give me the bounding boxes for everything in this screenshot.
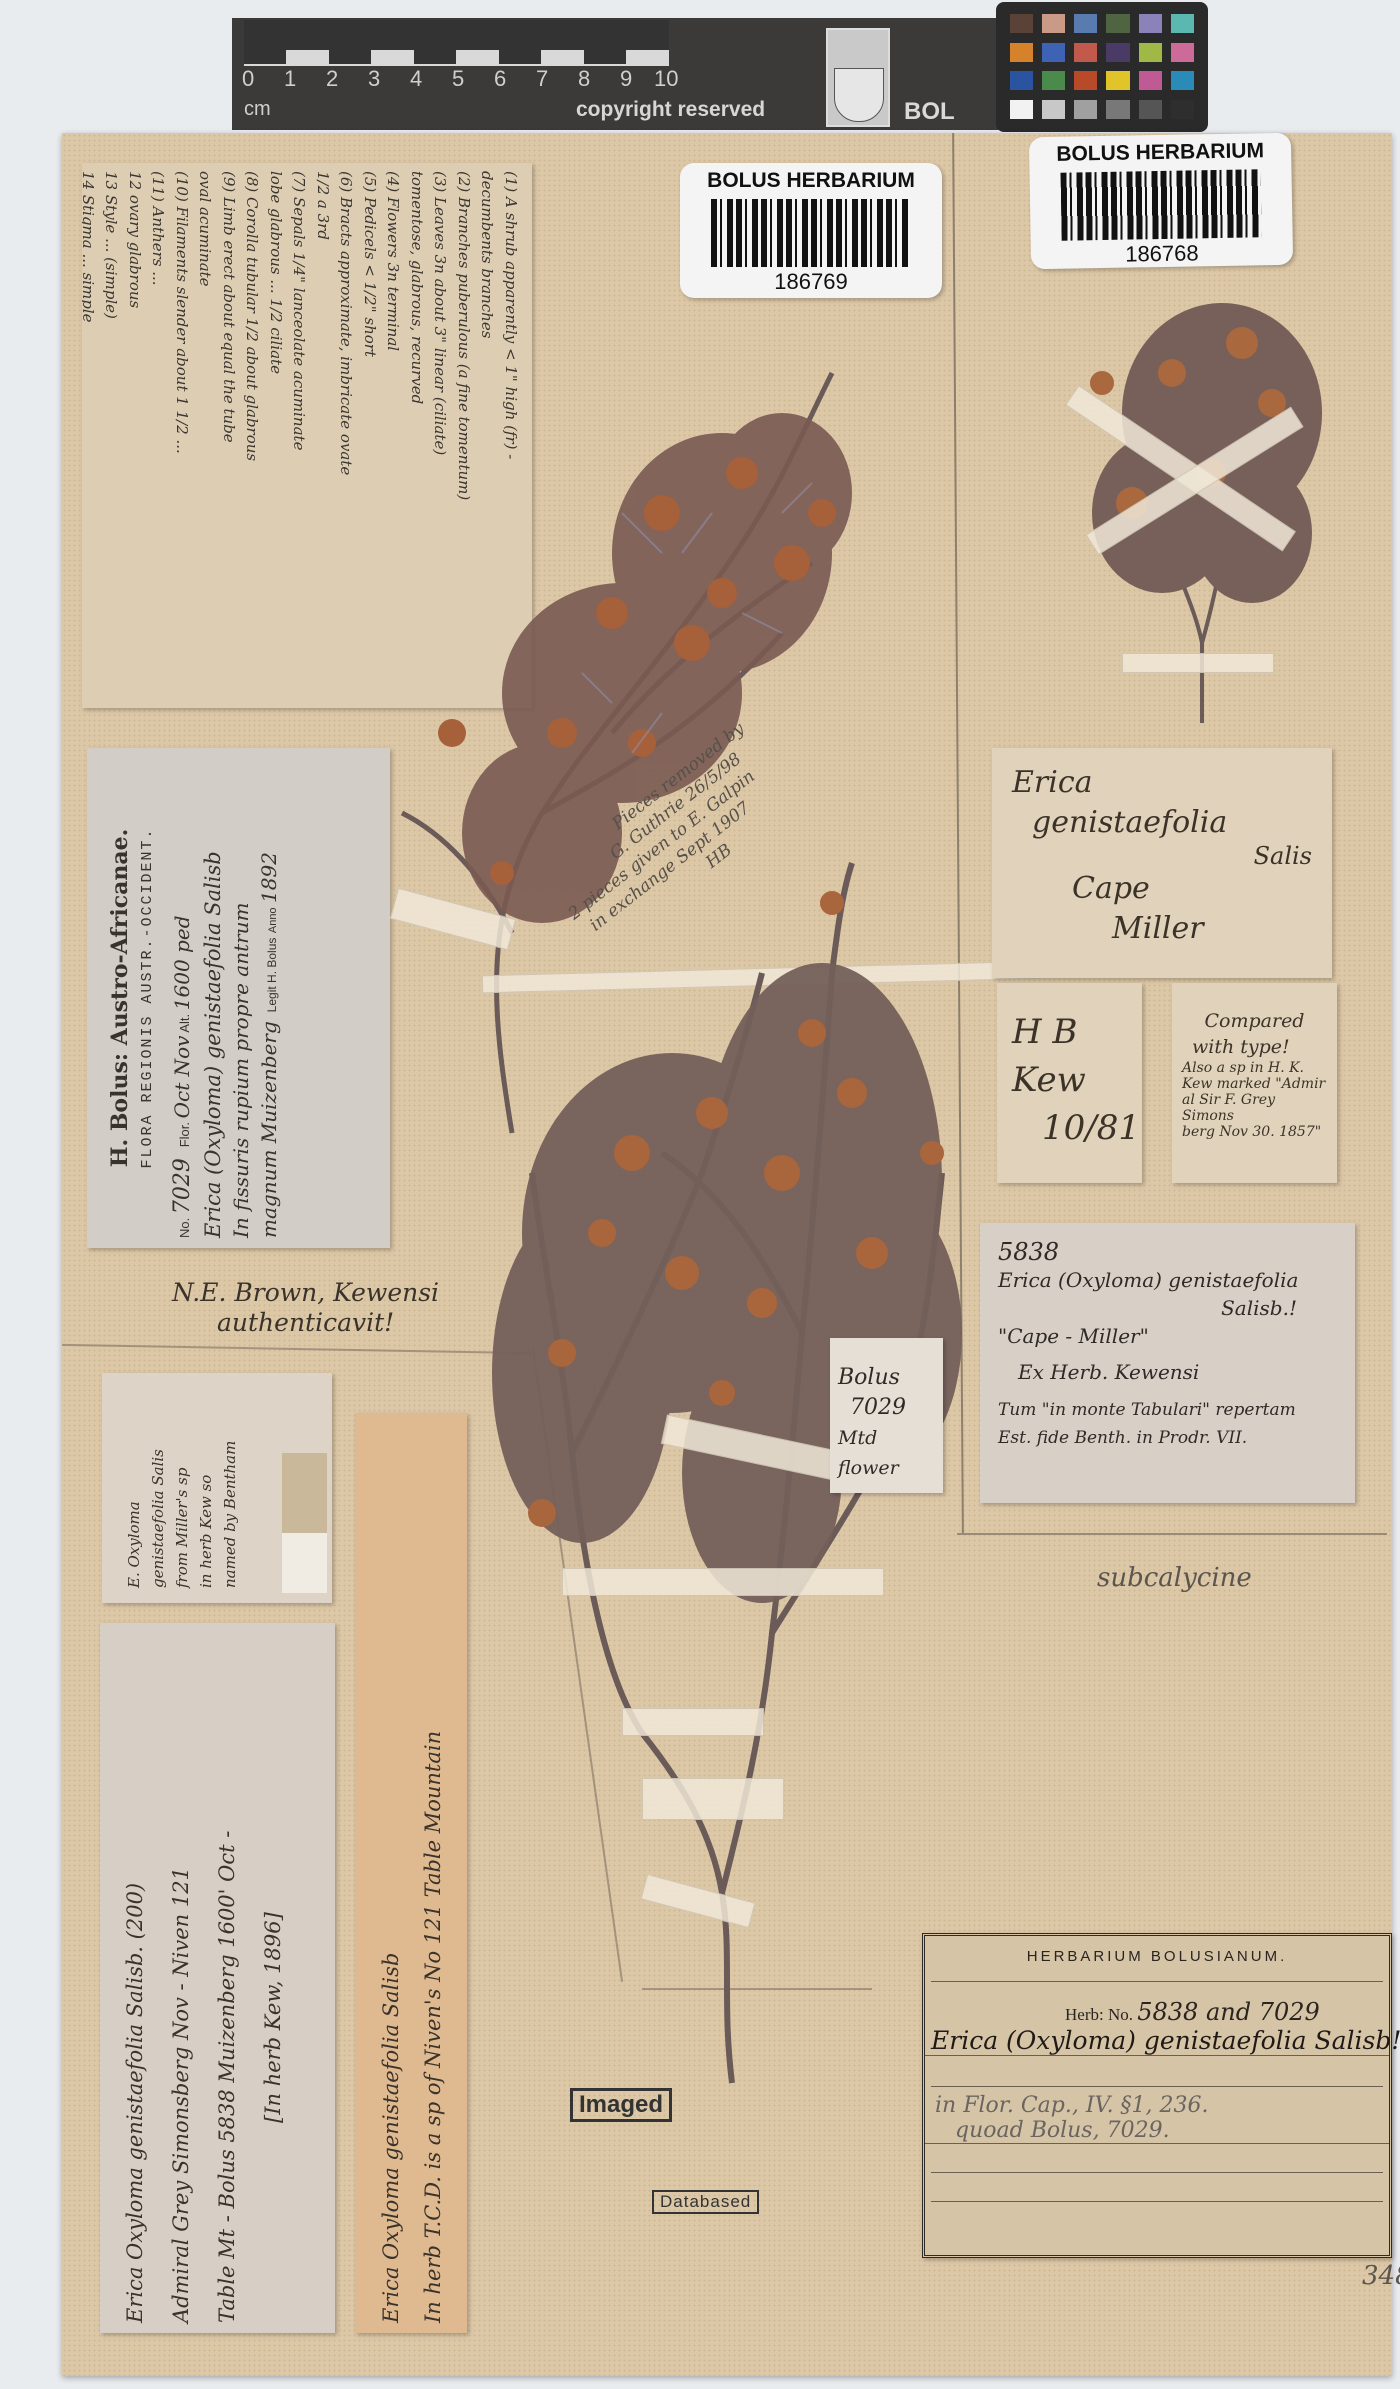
barcode-institution: BOLUS HERBARIUM xyxy=(1029,139,1291,168)
tick-label: 3 xyxy=(368,66,380,92)
flowering-months: Oct Nov xyxy=(170,1036,194,1119)
label-line: from Miller's sp xyxy=(170,1388,194,1588)
note-line: (11) Anthers ... xyxy=(146,171,170,701)
barcode-institution: BOLUS HERBARIUM xyxy=(680,169,942,193)
color-swatch xyxy=(1171,100,1194,119)
herbarium-number: 5838 and 7029 xyxy=(1137,1998,1320,2026)
color-swatch xyxy=(1171,43,1194,62)
color-swatch xyxy=(1106,71,1129,90)
color-swatch xyxy=(1074,14,1097,33)
reference: quoad Bolus, 7029. xyxy=(925,2118,1389,2144)
altitude: 1600 ped xyxy=(170,916,194,1011)
barcode-icon xyxy=(711,199,911,267)
locality: In fissuris rupium propre antrum xyxy=(229,758,253,1238)
tick-label: 2 xyxy=(326,66,338,92)
field-label: Alt. xyxy=(177,1014,192,1033)
label-line: named by Bentham xyxy=(218,1388,242,1588)
label-line: E. Oxyloma xyxy=(122,1388,146,1588)
label-line: berg Nov 30. 1857" xyxy=(1182,1124,1327,1140)
color-swatch xyxy=(1042,43,1065,62)
note-line: (8) Corolla tubular 1/2 about glabrous xyxy=(240,171,264,701)
tick-label: 8 xyxy=(578,66,590,92)
label-line: Bolus xyxy=(838,1363,935,1393)
label-line: with type! xyxy=(1182,1034,1327,1060)
mounting-tape xyxy=(642,1778,784,1820)
tick-label: 1 xyxy=(284,66,296,92)
label-line: genistaefolia xyxy=(1012,803,1312,843)
label-line: Mtd flower xyxy=(838,1423,935,1483)
mounting-tape xyxy=(562,1568,884,1596)
color-swatch xyxy=(1106,43,1129,62)
label-line: Erica Oxyloma genistaefolia Salisb. (200… xyxy=(112,1633,158,2323)
color-swatch xyxy=(1074,71,1097,90)
label-line: Salis xyxy=(1012,843,1312,869)
note-line: lobe glabrous ... 1/2 ciliate xyxy=(264,171,288,701)
collector-label: H. Bolus: Austro-Africanae. FLORA REGION… xyxy=(87,748,390,1248)
label-header: H. Bolus: Austro-Africanae. xyxy=(107,758,133,1238)
color-calibration-card xyxy=(996,2,1208,132)
tick-label: 0 xyxy=(242,66,254,92)
taxon-name: Erica (Oxyloma) genistaefolia xyxy=(998,1266,1337,1294)
tick-label: 5 xyxy=(452,66,464,92)
original-label: Erica genistaefolia Salis Cape Miller xyxy=(992,748,1332,978)
label-line: Miller xyxy=(1012,909,1312,949)
color-swatch xyxy=(1139,43,1162,62)
herbarium-label: HERBARIUM BOLUSIANUM. Herb: No. 5838 and… xyxy=(922,1933,1392,2258)
note-line: 1/2 a 3rd xyxy=(311,171,335,701)
label-line: Compared xyxy=(1182,1008,1327,1034)
note-line: (7) Sepals 1/4" lanceolate acuminate xyxy=(287,171,311,701)
divider-line xyxy=(957,1533,1387,1535)
tick-label: 10 xyxy=(654,66,678,92)
databased-stamp: Databased xyxy=(652,2190,759,2214)
color-swatch xyxy=(1010,43,1033,62)
sheet-number: 348 xyxy=(1362,2261,1400,2291)
year: 1892 xyxy=(257,852,281,903)
label-line: Est. fide Benth. in Prodr. VII. xyxy=(998,1424,1337,1452)
barcode-number: 186769 xyxy=(680,269,942,295)
color-swatch xyxy=(1171,71,1194,90)
authentication-note: N.E. Brown, Kewensi authenticavit! xyxy=(172,1278,439,1338)
locality: magnum Muizenberg xyxy=(257,1021,281,1238)
color-swatch xyxy=(1106,14,1129,33)
packet-label: Bolus 7029 Mtd flower xyxy=(830,1338,943,1493)
color-swatch xyxy=(1010,71,1033,90)
color-swatch xyxy=(1042,14,1065,33)
university-crest-icon xyxy=(826,28,890,127)
cm-ruler xyxy=(244,20,669,66)
tick-label: 7 xyxy=(536,66,548,92)
label-line: Cape xyxy=(1012,869,1312,909)
taxon-author: Salisb.! xyxy=(998,1294,1337,1322)
color-swatch xyxy=(1010,100,1033,119)
label-line: Tum "in monte Tabulari" repertam xyxy=(998,1396,1337,1424)
label-line: Also a sp in H. K. xyxy=(1182,1060,1327,1076)
label-line: In herb T.C.D. is a sp of Niven's No 121… xyxy=(412,1423,454,2323)
note-line: 13 Style ... (simple) xyxy=(99,171,123,701)
taxon-name: Erica (Oxyloma) genistaefolia Salisb xyxy=(201,758,225,1238)
mounting-tape xyxy=(1122,653,1274,673)
color-swatch xyxy=(1139,100,1162,119)
color-swatch xyxy=(1074,43,1097,62)
label-title: HERBARIUM BOLUSIANUM. xyxy=(925,1948,1389,1965)
color-swatch xyxy=(1171,14,1194,33)
field-label: Anno xyxy=(267,907,279,933)
reference: in Flor. Cap., IV. §1, 236. xyxy=(925,2093,1389,2118)
label-line: Erica Oxyloma genistaefolia Salisb xyxy=(370,1423,412,2323)
label-line: [In herb Kew, 1896] xyxy=(250,1633,296,2323)
note-line: 12 ovary glabrous xyxy=(123,171,147,701)
compared-note-label: Compared with type! Also a sp in H. K. K… xyxy=(1172,983,1337,1183)
herbarium-sheet: BOLUS HERBARIUM 186769 BOLUS HERBARIUM 1… xyxy=(62,133,1392,2376)
mounting-tape xyxy=(622,1708,764,1736)
legit-label: Legit H. Bolus xyxy=(265,938,279,1013)
note-line: 14 Stigma ... simple xyxy=(82,171,99,701)
color-swatch xyxy=(1106,100,1129,119)
source: Ex Herb. Kewensi xyxy=(998,1358,1337,1386)
note-line: (10) Filaments slender about 1 1/2 ... xyxy=(170,171,194,701)
label-line: H B Kew xyxy=(1012,1008,1127,1104)
kew-specimen-label: 5838 Erica (Oxyloma) genistaefolia Salis… xyxy=(980,1223,1355,1503)
label-line: 10/81 xyxy=(1012,1104,1127,1152)
field-label: No. xyxy=(177,1218,192,1238)
label-line: in herb Kew so xyxy=(194,1388,218,1588)
note-line: (6) Bracts approximate, imbricate ovate xyxy=(334,171,358,701)
color-swatch xyxy=(1139,71,1162,90)
kew-determination-label: Erica Oxyloma genistaefolia Salisb. (200… xyxy=(100,1623,335,2333)
note-line: (9) Limb erect about equal the tube xyxy=(217,171,241,701)
taxon-name: Erica (Oxyloma) genistaefolia Salisb! xyxy=(925,2026,1389,2056)
unit-label: cm xyxy=(244,98,271,121)
barcode-label: BOLUS HERBARIUM 186769 xyxy=(680,163,942,298)
institution-code: BOL xyxy=(904,98,955,126)
kew-note-label: E. Oxyloma genistaefolia Salis from Mill… xyxy=(102,1373,332,1603)
specimen-number: 5838 xyxy=(998,1238,1337,1266)
label-region: FLORA REGIONIS AUSTR.-OCCIDENT. xyxy=(139,758,156,1238)
field-label: Flor. xyxy=(177,1122,192,1147)
color-swatch xyxy=(1010,14,1033,33)
barcode-label: BOLUS HERBARIUM 186768 xyxy=(1029,133,1293,270)
label-line: al Sir F. Grey Simons xyxy=(1182,1092,1327,1124)
note-line: authenticavit! xyxy=(172,1308,439,1338)
label-line: genistaefolia Salis xyxy=(146,1388,170,1588)
scale-bar: 0 1 2 3 4 5 6 7 8 9 10 cm copyright rese… xyxy=(232,18,1000,130)
tick-label: 9 xyxy=(620,66,632,92)
label-line: Erica xyxy=(1012,763,1312,803)
tick-label: 4 xyxy=(410,66,422,92)
barcode-icon xyxy=(1060,169,1261,240)
label-line: Table Mt - Bolus 5838 Muizenberg 1600' O… xyxy=(204,1633,250,2323)
color-swatch xyxy=(1042,71,1065,90)
barcode-number: 186768 xyxy=(1031,239,1293,270)
pencil-annotation: subcalycine xyxy=(1097,1563,1252,1593)
label-line: Kew marked "Admir xyxy=(1182,1076,1327,1092)
label-line: Admiral Grey Simonsberg Nov - Niven 121 xyxy=(158,1633,204,2323)
kew-label: H B Kew 10/81 xyxy=(997,983,1142,1183)
field-label: Herb: No. xyxy=(1065,2005,1133,2024)
collector: "Cape - Miller" xyxy=(998,1322,1337,1350)
note-line: oval acuminate xyxy=(193,171,217,701)
collection-number: 7029 xyxy=(170,1158,195,1214)
tcd-note-label: Erica Oxyloma genistaefolia Salisb In he… xyxy=(355,1413,467,2333)
tick-label: 6 xyxy=(494,66,506,92)
color-swatch xyxy=(1074,100,1097,119)
color-swatch xyxy=(1139,14,1162,33)
label-line: 7029 xyxy=(838,1393,935,1423)
imaged-stamp: Imaged xyxy=(570,2088,672,2122)
color-swatch xyxy=(1042,100,1065,119)
note-line: N.E. Brown, Kewensi xyxy=(172,1278,439,1308)
copyright-text: copyright reserved xyxy=(576,98,765,122)
